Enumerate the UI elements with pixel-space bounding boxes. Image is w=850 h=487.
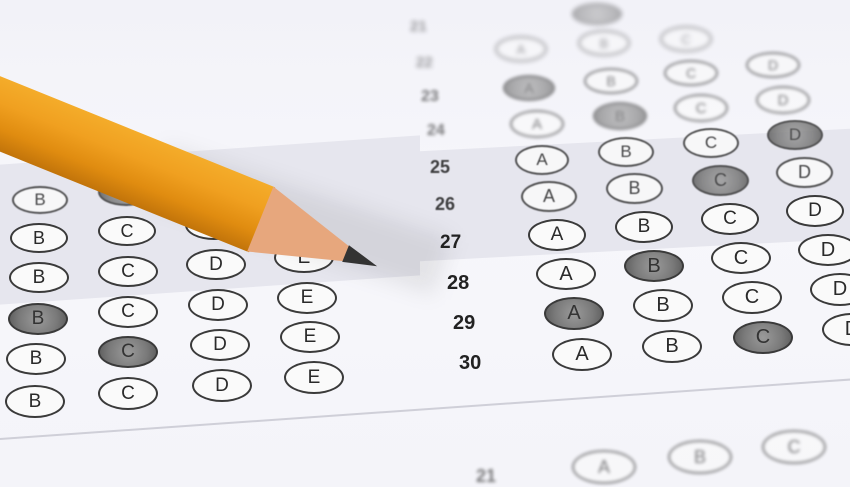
bubble-28-c[interactable]: C	[711, 242, 771, 274]
bubble-left-2-b[interactable]: B	[10, 223, 68, 253]
bubble-30-a[interactable]: A	[552, 338, 612, 371]
question-number: 22	[416, 54, 433, 71]
bubble-left-6-d[interactable]: D	[192, 369, 252, 402]
question-number: 29	[453, 312, 475, 335]
bubble-left-4-c[interactable]: C	[98, 296, 158, 328]
bubble-next-21-b[interactable]: B	[668, 440, 732, 474]
bubble-22-b[interactable]: B	[578, 30, 630, 56]
bubble-left-6-e[interactable]: E	[284, 361, 344, 394]
question-number: 25	[430, 157, 450, 178]
question-number: 26	[435, 194, 455, 215]
bubble-29-a[interactable]: A	[544, 297, 604, 330]
bubble-left-4-e[interactable]: E	[277, 282, 337, 314]
bubble-left-2-c[interactable]: C	[98, 216, 156, 246]
bubble-25-b[interactable]: B	[598, 137, 654, 167]
bubble-28-b[interactable]: B	[624, 250, 684, 282]
bubble-left-3-b[interactable]: B	[9, 262, 69, 293]
bubble-23-d[interactable]: D	[746, 52, 800, 78]
bubble-23-a[interactable]: A	[503, 75, 555, 101]
bubble-23-c[interactable]: C	[664, 60, 718, 86]
bubble-left-5-c[interactable]: C	[98, 336, 158, 368]
bubble-left-5-e[interactable]: E	[280, 321, 340, 353]
question-number: 24	[427, 122, 445, 140]
bubble-28-a[interactable]: A	[536, 258, 596, 290]
bubble-22-a[interactable]: A	[495, 36, 547, 62]
bubble-30-b[interactable]: B	[642, 330, 702, 363]
bubble-next-21-c[interactable]: C	[762, 430, 826, 464]
bubble-27-a[interactable]: A	[528, 219, 586, 251]
bubble-left-5-d[interactable]: D	[190, 329, 250, 361]
question-number: 23	[421, 88, 439, 106]
bubble-27-d[interactable]: D	[786, 195, 844, 227]
bubble-left-6-c[interactable]: C	[98, 377, 158, 410]
question-number: 28	[447, 272, 469, 295]
bubble-26-a[interactable]: A	[521, 181, 577, 212]
bubble-30-d[interactable]: D	[822, 313, 850, 346]
bubble-26-c[interactable]: C	[692, 165, 749, 196]
bubble-left-1-b[interactable]: B	[12, 186, 68, 214]
bubble-21-b[interactable]	[572, 3, 622, 25]
bubble-29-b[interactable]: B	[633, 289, 693, 322]
bubble-next-21-a[interactable]: A	[572, 450, 636, 484]
bubble-30-c[interactable]: C	[733, 321, 793, 354]
bubble-27-c[interactable]: C	[701, 203, 759, 235]
question-number: 21	[476, 466, 496, 487]
bubble-25-d[interactable]: D	[767, 120, 823, 150]
question-number: 21	[410, 18, 427, 35]
bubble-28-d[interactable]: D	[798, 234, 850, 266]
bubble-27-b[interactable]: B	[615, 211, 673, 243]
bubble-left-5-b[interactable]: B	[6, 343, 66, 375]
bubble-left-3-c[interactable]: C	[98, 256, 158, 287]
bubble-29-d[interactable]: D	[810, 273, 850, 306]
bubble-26-b[interactable]: B	[606, 173, 663, 204]
bubble-23-b[interactable]: B	[584, 68, 638, 94]
bubble-left-6-b[interactable]: B	[5, 385, 65, 418]
bubble-24-a[interactable]: A	[510, 110, 564, 138]
bubble-25-c[interactable]: C	[683, 128, 739, 158]
bubble-24-c[interactable]: C	[674, 94, 728, 122]
question-number: 30	[459, 352, 481, 375]
bubble-24-d[interactable]: D	[756, 86, 810, 114]
bubble-left-4-d[interactable]: D	[188, 289, 248, 321]
bubble-left-3-d[interactable]: D	[186, 249, 246, 280]
bubble-22-c[interactable]: C	[660, 26, 712, 52]
bubble-24-b[interactable]: B	[593, 102, 647, 130]
bubble-25-a[interactable]: A	[515, 145, 569, 175]
bubble-left-4-b[interactable]: B	[8, 303, 68, 335]
bubble-29-c[interactable]: C	[722, 281, 782, 314]
bubble-26-d[interactable]: D	[776, 157, 833, 188]
